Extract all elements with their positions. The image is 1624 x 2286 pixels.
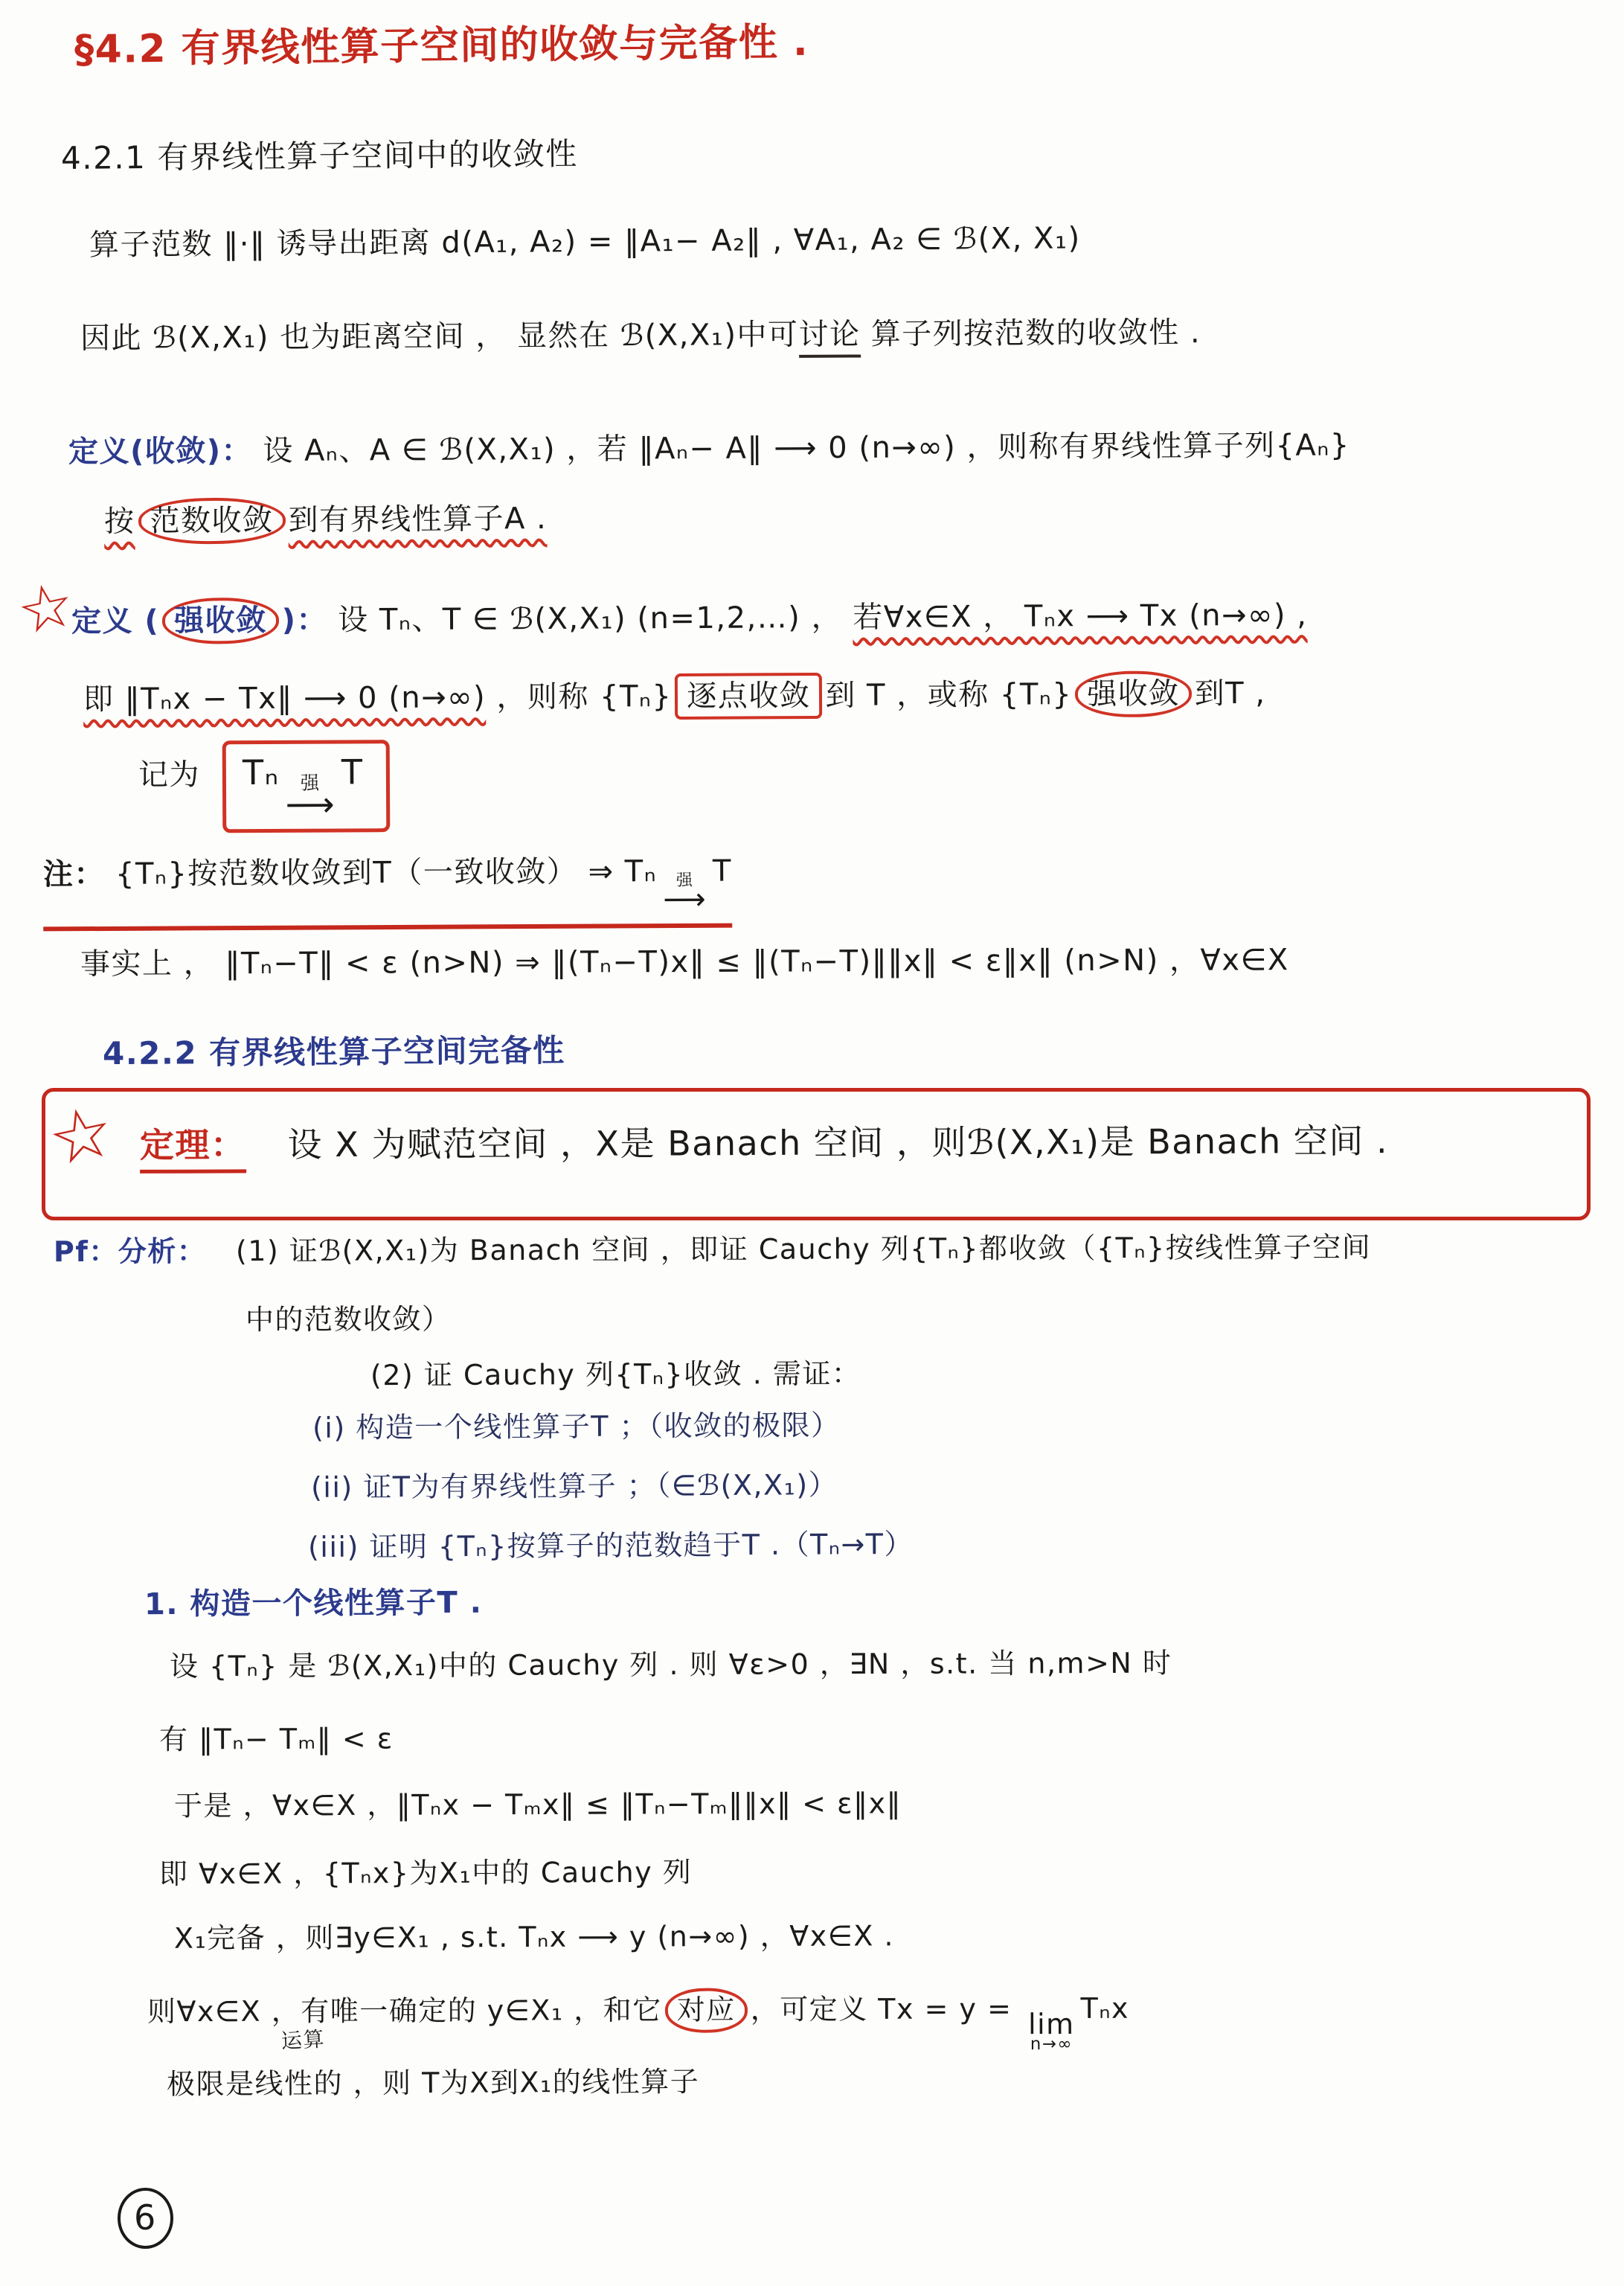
step1-line5: X₁完备 ，则∃y∈X₁ , s.t. Tₙx ⟶ y (n→∞) ，∀x∈X … <box>174 1918 894 1956</box>
proof-analysis-line1: Pf：分析： (1) 证ℬ(X,X₁)为 Banach 空间 ，即证 Cauch… <box>54 1230 1371 1270</box>
page-title: §4.2 有界线性算子空间的收敛与完备性 . <box>74 19 809 74</box>
lim-symbol: lim <box>1028 2011 1075 2037</box>
proof-analysis-line2: 中的范数收敛） <box>245 1302 452 1338</box>
norm-conv-suffix: 到有界线性算子A . <box>288 502 547 537</box>
denoted-as-text: 记为 <box>138 758 200 792</box>
definition-strong-label-b: )： <box>282 603 328 638</box>
inserted-word-operation: 运算 <box>280 2026 326 2054</box>
note-strong-arrow-icon: ⟶ <box>663 887 707 911</box>
step1-line7: 极限是线性的 ，则 T为X到X₁的线性算子 <box>167 2064 699 2102</box>
proof-substep-ii: (ii) 证T为有界线性算子 ；（∈ℬ(X,X₁)） <box>311 1467 838 1505</box>
strong-line2-b: 到 T ，或称 {Tₙ} <box>825 677 1072 713</box>
strong-convergence-circled: 强收敛 <box>1087 676 1180 711</box>
step1-line6-b: ，可定义 Tx = y = <box>751 1992 1022 2026</box>
strong-line2-a: ，则称 {Tₙ} <box>486 679 672 714</box>
star-icon: ☆ <box>11 566 81 650</box>
definition-strong-convergence: 定义 (强收敛)： 设 Tₙ、T ∈ ℬ(X,X₁) (n=1,2,…) ， 若… <box>71 592 1308 645</box>
underlined-word-discuss: 讨论 <box>798 317 860 357</box>
strong-arrow-icon: ⟶ <box>286 791 336 819</box>
proof-substep-iii: (iii) 证明 {Tₙ}按算子的范数趋于T .（Tₙ→T） <box>308 1527 914 1566</box>
note-t-symbol: T <box>713 854 732 889</box>
step1-line6-a: 则∀x∈X ，有唯一确定的 y∈X₁ ，和它 <box>147 1994 662 2028</box>
notes-page: §4.2 有界线性算子空间的收敛与完备性 . 4.2.1 有界线性算子空间中的收… <box>0 0 1624 2286</box>
page-number-circle: 6 <box>118 2188 173 2249</box>
proof-label: Pf：分析： <box>54 1235 207 1268</box>
step1-heading: 1. 构造一个线性算子T . <box>144 1584 483 1623</box>
t-symbol: T <box>341 752 364 792</box>
metric-definition-line: 算子范数 ‖·‖ 诱导出距离 d(A₁, A₂) = ‖A₁− A₂‖ , ∀A… <box>89 220 1081 263</box>
step1-line7-a: 极限 <box>167 2067 225 2100</box>
definition-strong-line2: 即 ‖Tₙx − Tx‖ ⟶ 0 (n→∞) ，则称 {Tₙ}逐点收敛到 T ，… <box>83 670 1266 723</box>
norm-conv-prefix: 按 <box>104 505 135 539</box>
page-number: 6 <box>118 2188 173 2249</box>
definition-norm-body: 设 Aₙ、A ∈ ℬ(X,X₁) ，若 ‖Aₙ− A‖ ⟶ 0 (n→∞) ，则… <box>263 428 1350 468</box>
pointwise-limit-underlined: 若∀x∈X ， Tₙx ⟶ Tx (n→∞) , <box>853 598 1307 635</box>
theorem-line: 定理： 设 X 为赋范空间 ，X是 Banach 空间 ，则ℬ(X,X₁)是 B… <box>140 1120 1388 1167</box>
section-421-heading: 4.2.1 有界线性算子空间中的收敛性 <box>61 135 578 179</box>
metric-space-line: 因此 ℬ(X,X₁) 也为距离空间 ， 显然在 ℬ(X,X₁)中可讨论 算子列按… <box>80 314 1201 357</box>
theorem-statement: 设 X 为赋范空间 ，X是 Banach 空间 ，则ℬ(X,X₁)是 Banac… <box>288 1121 1389 1165</box>
proof-step1-text: (1) 证ℬ(X,X₁)为 Banach 空间 ，即证 Cauchy 列{Tₙ}… <box>236 1231 1371 1267</box>
note-line: 注： {Tₙ}按范数收敛到T（一致收敛） ⇒ Tₙ强⟶T <box>43 853 733 931</box>
strong-line2-c: 到T , <box>1195 676 1266 711</box>
definition-norm-label: 定义(收敛)： <box>68 434 252 469</box>
strong-convergence-label-circled: 强收敛 <box>174 603 267 638</box>
metric-space-text-b: 算子列按范数的收敛性 . <box>860 316 1201 351</box>
step1-line1: 设 {Tₙ} 是 ℬ(X,X₁)中的 Cauchy 列 . 则 ∀ε>0 ，∃N… <box>170 1646 1172 1685</box>
lim-subscript: n→∞ <box>1030 2037 1073 2052</box>
section-422-heading: 4.2.2 有界线性算子空间完备性 <box>103 1031 565 1074</box>
step1-line2: 有 ‖Tₙ− Tₘ‖ < ε <box>159 1721 394 1758</box>
step1-line4: 即 ∀x∈X ，{Tₙx}为X₁中的 Cauchy 列 <box>159 1855 692 1892</box>
pointwise-convergence-boxed: 逐点收敛 <box>687 679 810 714</box>
note-label: 注： <box>43 857 105 891</box>
step1-line6-c: Tₙx <box>1081 1992 1129 2025</box>
norm-convergence-circled: 范数收敛 <box>150 503 273 538</box>
definition-norm-line2: 按范数收敛到有界线性算子A . <box>104 496 548 545</box>
step1-line7-b: 是线性的 ，则 T为X到X₁的线性算子 <box>225 2065 699 2100</box>
strong-notation-line: 记为 Tₙ强⟶T <box>138 740 390 833</box>
correspondence-circled: 对应 <box>677 1994 736 2026</box>
step1-line3: 于是 ，∀x∈X ，‖Tₙx − Tₘx‖ ≤ ‖Tₙ−Tₘ‖‖x‖ < ε‖x… <box>174 1786 902 1824</box>
strong-norm-formula: 即 ‖Tₙx − Tx‖ ⟶ 0 (n→∞) <box>83 680 486 717</box>
fact-line: 事实上 ， ‖Tₙ−T‖ < ε (n>N) ⇒ ‖(Tₙ−T)x‖ ≤ ‖(T… <box>80 941 1289 983</box>
proof-substep-i: (i) 构造一个线性算子T ；（收敛的极限） <box>312 1408 841 1446</box>
tn-symbol: Tₙ <box>243 752 280 793</box>
definition-strong-label-a: 定义 ( <box>71 604 159 639</box>
definition-strong-body: 设 Tₙ、T ∈ ℬ(X,X₁) (n=1,2,…) ， <box>338 601 842 638</box>
theorem-label: 定理： <box>140 1124 246 1173</box>
definition-norm-convergence: 定义(收敛)： 设 Aₙ、A ∈ ℬ(X,X₁) ，若 ‖Aₙ− A‖ ⟶ 0 … <box>68 426 1350 470</box>
note-body: {Tₙ}按范数收敛到T（一致收敛） ⇒ Tₙ <box>115 854 657 891</box>
metric-space-text-a: 因此 ℬ(X,X₁) 也为距离空间 ， 显然在 ℬ(X,X₁)中可 <box>80 318 799 356</box>
proof-analysis-line3: (2) 证 Cauchy 列{Tₙ}收敛 . 需证： <box>370 1357 861 1394</box>
